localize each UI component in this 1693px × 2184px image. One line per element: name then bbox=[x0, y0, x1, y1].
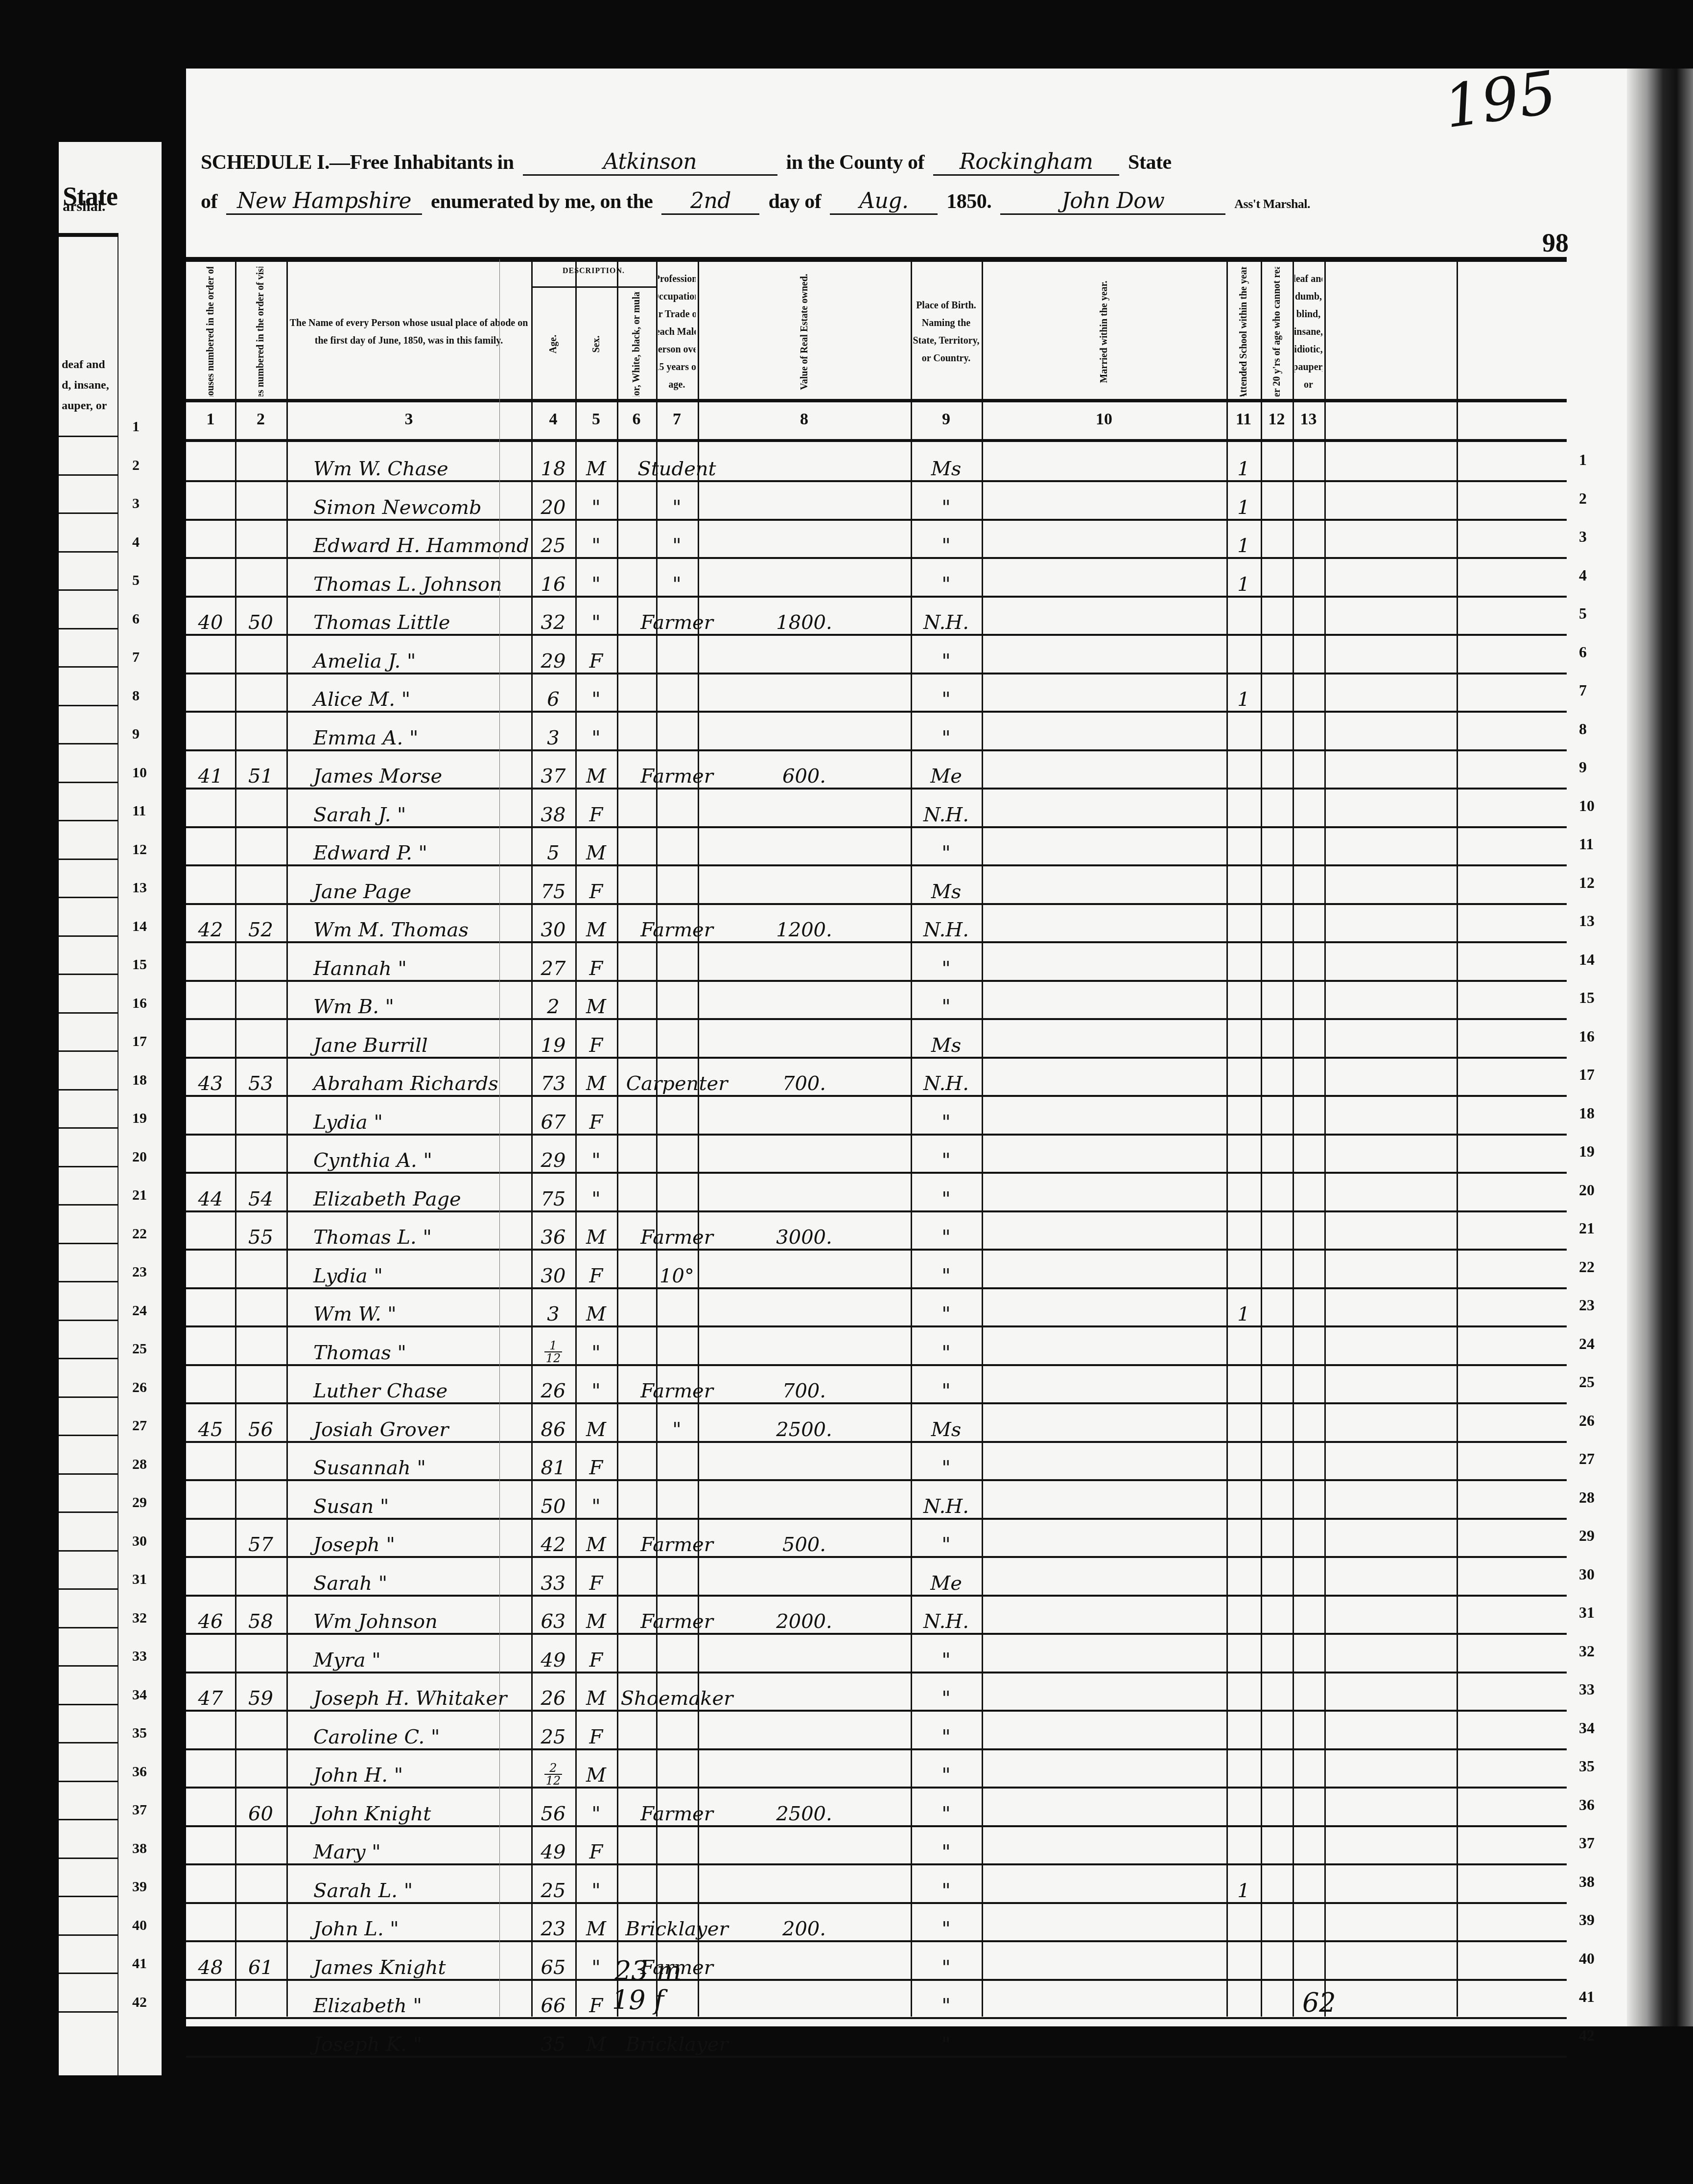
cell-real-estate bbox=[698, 1557, 911, 1597]
cell-occupation bbox=[656, 1633, 698, 1673]
prev-page-row-rule bbox=[59, 512, 118, 514]
cell-real-estate bbox=[698, 481, 911, 521]
cell-family bbox=[235, 1134, 286, 1174]
column-divider bbox=[1457, 259, 1458, 2017]
cell-married bbox=[982, 481, 1226, 521]
cell-family bbox=[235, 1095, 286, 1136]
cell-married bbox=[982, 1902, 1226, 1942]
cell-name: Jane Page bbox=[286, 865, 558, 905]
cell-married bbox=[982, 519, 1226, 559]
cell-family bbox=[235, 1249, 286, 1289]
cell-family bbox=[235, 1364, 286, 1404]
cell-sex: " bbox=[575, 1134, 617, 1174]
prev-page-column-13: deaf and d, insane, auper, or bbox=[59, 233, 118, 2077]
cell-condition bbox=[1293, 1480, 1324, 1520]
cell-illiterate bbox=[1261, 1095, 1293, 1136]
table-row: Sarah "33FMe30 bbox=[186, 1557, 1567, 1597]
cell-family bbox=[235, 865, 286, 905]
cell-family bbox=[235, 442, 286, 482]
cell-school bbox=[1226, 942, 1261, 982]
cell-real-estate: 1200. bbox=[698, 903, 911, 943]
prev-page-line-number: 11 bbox=[132, 803, 146, 819]
cell-illiterate bbox=[1261, 1249, 1293, 1289]
cell-condition bbox=[1293, 788, 1324, 828]
column-number-12: 12 bbox=[1261, 403, 1293, 436]
cell-family bbox=[235, 1710, 286, 1750]
cell-family: 51 bbox=[235, 749, 286, 790]
cell-real-estate bbox=[698, 1249, 911, 1289]
cell-age: 73 bbox=[531, 1057, 575, 1097]
cell-married bbox=[982, 1095, 1226, 1136]
cell-name: Josiah Grover bbox=[286, 1403, 558, 1443]
cell-married bbox=[982, 903, 1226, 943]
prev-page-line-number: 37 bbox=[132, 1802, 147, 1818]
cell-illiterate bbox=[1261, 1902, 1293, 1942]
table-row: Jane Page75FMs12 bbox=[186, 865, 1567, 905]
cell-condition bbox=[1293, 596, 1324, 636]
column-header-2: Families numbered in the order of visita… bbox=[237, 267, 284, 396]
cell-real-estate bbox=[698, 1287, 911, 1327]
cell-condition bbox=[1293, 519, 1324, 559]
line-number: 29 bbox=[1579, 1527, 1595, 1545]
table-row: Edward H. Hammond25"""13 bbox=[186, 519, 1567, 559]
cell-occupation bbox=[656, 788, 698, 828]
cell-illiterate bbox=[1261, 865, 1293, 905]
tally-female: 19 f bbox=[612, 1985, 664, 2016]
cell-age: 63 bbox=[531, 1595, 575, 1635]
cell-illiterate bbox=[1261, 481, 1293, 521]
prev-page-row-rule bbox=[59, 705, 118, 706]
cell-occupation: Farmer bbox=[656, 1364, 698, 1404]
line-number: 8 bbox=[1579, 720, 1587, 738]
cell-school bbox=[1226, 1057, 1261, 1097]
cell-married bbox=[982, 1480, 1226, 1520]
cell-dwelling bbox=[186, 1902, 235, 1942]
cell-condition bbox=[1293, 1134, 1324, 1174]
cell-age: 26 bbox=[531, 1672, 575, 1712]
cell-dwelling bbox=[186, 942, 235, 982]
cell-married bbox=[982, 1210, 1226, 1251]
prev-page-line-number: 42 bbox=[132, 1994, 147, 2011]
cell-condition bbox=[1293, 1210, 1324, 1251]
cell-sex: F bbox=[575, 788, 617, 828]
cell-school: 1 bbox=[1226, 673, 1261, 713]
line-number: 36 bbox=[1579, 1796, 1595, 1814]
cell-illiterate bbox=[1261, 1748, 1293, 1789]
table-row: Elizabeth "66F"41 bbox=[186, 1979, 1567, 2019]
prev-page-row-rule bbox=[59, 1665, 118, 1667]
cell-dwelling bbox=[186, 2018, 235, 2058]
cell-family bbox=[235, 1019, 286, 1059]
cell-sex: " bbox=[575, 481, 617, 521]
cell-age: 3 bbox=[531, 1287, 575, 1327]
cell-name: Simon Newcomb bbox=[286, 481, 558, 521]
cell-occupation bbox=[656, 980, 698, 1020]
prev-page-line-number: 20 bbox=[132, 1149, 147, 1165]
cell-birthplace: " bbox=[911, 2018, 982, 2058]
cell-sex: M bbox=[575, 1748, 617, 1789]
cell-dwelling bbox=[186, 1480, 235, 1520]
sheet-number: 98 bbox=[1542, 228, 1569, 258]
town-field: Atkinson bbox=[523, 149, 777, 176]
line-number: 31 bbox=[1579, 1603, 1595, 1622]
cell-age: 6 bbox=[531, 673, 575, 713]
prev-page-row-rule bbox=[59, 1627, 118, 1628]
cell-family bbox=[235, 481, 286, 521]
cell-school bbox=[1226, 1557, 1261, 1597]
cell-sex: M bbox=[575, 903, 617, 943]
cell-color bbox=[617, 826, 656, 866]
previous-page-fragment: State arshal. deaf and d, insane, auper,… bbox=[59, 142, 163, 2075]
cell-illiterate bbox=[1261, 1672, 1293, 1712]
cell-married bbox=[982, 1403, 1226, 1443]
cell-sex: F bbox=[575, 1557, 617, 1597]
cell-school: 1 bbox=[1226, 519, 1261, 559]
cell-occupation bbox=[656, 711, 698, 751]
table-row: 4556Josiah Grover86M"2500.Ms26 bbox=[186, 1403, 1567, 1443]
column-header-7: Profession, Occupation, or Trade of each… bbox=[658, 267, 696, 396]
cell-color bbox=[617, 1480, 656, 1520]
cell-family bbox=[235, 558, 286, 598]
cell-sex: " bbox=[575, 1172, 617, 1212]
cell-family bbox=[235, 980, 286, 1020]
cell-illiterate bbox=[1261, 980, 1293, 1020]
cell-illiterate bbox=[1261, 634, 1293, 674]
cell-real-estate: 1800. bbox=[698, 596, 911, 636]
cell-sex: F bbox=[575, 1825, 617, 1865]
column-number-6: 6 bbox=[617, 403, 656, 436]
prev-page-line-number: 4 bbox=[132, 534, 140, 551]
prev-page-line-number: 12 bbox=[132, 841, 147, 858]
cell-sex: " bbox=[575, 1864, 617, 1904]
cell-name: Caroline C. " bbox=[286, 1710, 558, 1750]
table-row: 4759Joseph H. Whitaker26MShoemaker"33 bbox=[186, 1672, 1567, 1712]
name-column-subdivider bbox=[499, 259, 500, 2017]
cell-color bbox=[617, 1326, 656, 1366]
cell-condition bbox=[1293, 1364, 1324, 1404]
table-row: Thomas L. Johnson16"""14 bbox=[186, 558, 1567, 598]
cell-condition bbox=[1293, 673, 1324, 713]
cell-condition bbox=[1293, 2018, 1324, 2058]
cell-color bbox=[617, 1019, 656, 1059]
cell-birthplace: " bbox=[911, 673, 982, 713]
column-number-9: 9 bbox=[911, 403, 982, 436]
table-row: 4658Wm Johnson63MFarmer2000.N.H.31 bbox=[186, 1595, 1567, 1635]
cell-married bbox=[982, 1864, 1226, 1904]
cell-name: Edward H. Hammond bbox=[286, 519, 558, 559]
cell-illiterate bbox=[1261, 826, 1293, 866]
cell-school bbox=[1226, 1748, 1261, 1789]
cell-dwelling: 41 bbox=[186, 749, 235, 790]
line-number: 15 bbox=[1579, 989, 1595, 1007]
line-number: 34 bbox=[1579, 1719, 1595, 1737]
cell-color bbox=[617, 1287, 656, 1327]
cell-color bbox=[617, 1710, 656, 1750]
cell-dwelling bbox=[186, 711, 235, 751]
cell-married bbox=[982, 865, 1226, 905]
cell-condition bbox=[1293, 1518, 1324, 1558]
prev-page-line-number: 29 bbox=[132, 1494, 147, 1511]
cell-illiterate bbox=[1261, 1441, 1293, 1481]
cell-occupation bbox=[656, 634, 698, 674]
cell-name: Mary " bbox=[286, 1825, 558, 1865]
prev-page-line-number: 33 bbox=[132, 1648, 147, 1665]
cell-occupation: " bbox=[656, 558, 698, 598]
cell-sex: F bbox=[575, 942, 617, 982]
prev-page-line-number: 9 bbox=[132, 726, 140, 743]
cell-married bbox=[982, 1057, 1226, 1097]
line-number: 33 bbox=[1579, 1680, 1595, 1698]
prev-page-line-number: 19 bbox=[132, 1110, 147, 1127]
prev-page-row-rule bbox=[59, 1396, 118, 1398]
line-number: 21 bbox=[1579, 1219, 1595, 1237]
cell-school bbox=[1226, 980, 1261, 1020]
cell-age: 29 bbox=[531, 1134, 575, 1174]
cell-married bbox=[982, 1249, 1226, 1289]
table-row: Simon Newcomb20"""12 bbox=[186, 481, 1567, 521]
cell-condition bbox=[1293, 1902, 1324, 1942]
cell-color bbox=[617, 1864, 656, 1904]
cell-real-estate bbox=[698, 1134, 911, 1174]
cell-birthplace: Ms bbox=[911, 1019, 982, 1059]
fraction-age: 112 bbox=[544, 1340, 562, 1364]
cell-dwelling bbox=[186, 519, 235, 559]
prev-page-header-marshal: arshal. bbox=[63, 198, 106, 215]
line-number: 14 bbox=[1579, 951, 1595, 969]
cell-school bbox=[1226, 826, 1261, 866]
prev-page-line-number: 25 bbox=[132, 1341, 147, 1357]
cell-age: 33 bbox=[531, 1557, 575, 1597]
cell-sex: " bbox=[575, 596, 617, 636]
cell-name: Wm W. Chase bbox=[286, 442, 558, 482]
line-number: 32 bbox=[1579, 1642, 1595, 1660]
cell-color bbox=[617, 1441, 656, 1481]
prev-page-line-number: 3 bbox=[132, 495, 140, 512]
cell-sex: F bbox=[575, 1441, 617, 1481]
prev-page-row-rule bbox=[59, 1435, 118, 1436]
line-number: 3 bbox=[1579, 528, 1587, 546]
column-divider bbox=[617, 259, 618, 2017]
cell-birthplace: Ms bbox=[911, 865, 982, 905]
cell-real-estate bbox=[698, 1633, 911, 1673]
line-number: 12 bbox=[1579, 874, 1595, 892]
cell-birthplace: " bbox=[911, 519, 982, 559]
cell-family: 50 bbox=[235, 596, 286, 636]
table-row: 4454Elizabeth Page75""20 bbox=[186, 1172, 1567, 1212]
cell-illiterate bbox=[1261, 1787, 1293, 1827]
cell-family: 61 bbox=[235, 1941, 286, 1981]
line-number: 6 bbox=[1579, 643, 1587, 661]
cell-dwelling bbox=[186, 634, 235, 674]
cell-illiterate bbox=[1261, 1595, 1293, 1635]
cell-age: 30 bbox=[531, 1249, 575, 1289]
cell-dwelling: 43 bbox=[186, 1057, 235, 1097]
prev-page-row-rule bbox=[59, 897, 118, 898]
cell-sex: M bbox=[575, 1672, 617, 1712]
prev-page-line-number: 28 bbox=[132, 1456, 147, 1473]
cell-color bbox=[617, 1249, 656, 1289]
line-number: 18 bbox=[1579, 1104, 1595, 1122]
cell-dwelling bbox=[186, 826, 235, 866]
cell-real-estate bbox=[698, 1441, 911, 1481]
cell-real-estate bbox=[698, 865, 911, 905]
cell-birthplace: N.H. bbox=[911, 903, 982, 943]
cell-occupation: Student bbox=[656, 442, 698, 482]
binding-shadow bbox=[1627, 69, 1693, 2026]
line-number: 2 bbox=[1579, 489, 1587, 508]
column-divider bbox=[656, 259, 658, 2017]
cell-real-estate: 3000. bbox=[698, 1210, 911, 1251]
line-number: 27 bbox=[1579, 1450, 1595, 1468]
line-number: 40 bbox=[1579, 1950, 1595, 1968]
cell-occupation bbox=[656, 942, 698, 982]
cell-dwelling bbox=[186, 1748, 235, 1789]
cell-school bbox=[1226, 1480, 1261, 1520]
cell-birthplace: N.H. bbox=[911, 596, 982, 636]
cell-occupation: Farmer bbox=[656, 1595, 698, 1635]
table-row: Hannah "27F"14 bbox=[186, 942, 1567, 982]
cell-dwelling: 45 bbox=[186, 1403, 235, 1443]
table-row: Myra "49F"32 bbox=[186, 1633, 1567, 1673]
prev-page-row-rule bbox=[59, 666, 118, 668]
cell-name: Wm W. " bbox=[286, 1287, 558, 1327]
cell-illiterate bbox=[1261, 1287, 1293, 1327]
cell-occupation bbox=[656, 1134, 698, 1174]
cell-name: Hannah " bbox=[286, 942, 558, 982]
cell-real-estate bbox=[698, 634, 911, 674]
cell-illiterate bbox=[1261, 1710, 1293, 1750]
cell-birthplace: " bbox=[911, 634, 982, 674]
cell-real-estate: 700. bbox=[698, 1364, 911, 1404]
cell-age: 19 bbox=[531, 1019, 575, 1059]
table-row: 4353Abraham Richards73MCarpenter700.N.H.… bbox=[186, 1057, 1567, 1097]
column-header-9: Place of Birth. Naming the State, Territ… bbox=[913, 267, 980, 396]
cell-family bbox=[235, 1825, 286, 1865]
cell-condition bbox=[1293, 1019, 1324, 1059]
cell-family bbox=[235, 1557, 286, 1597]
cell-condition bbox=[1293, 865, 1324, 905]
cell-dwelling bbox=[186, 1557, 235, 1597]
cell-age: 81 bbox=[531, 1441, 575, 1481]
cell-birthplace: Me bbox=[911, 749, 982, 790]
table-row: 60John Knight56"Farmer2500."36 bbox=[186, 1787, 1567, 1827]
column-divider bbox=[1324, 259, 1326, 2017]
cell-sex: " bbox=[575, 673, 617, 713]
line-number: 1 bbox=[1579, 451, 1587, 469]
cell-school bbox=[1226, 1787, 1261, 1827]
cell-name: Luther Chase bbox=[286, 1364, 558, 1404]
cell-age: 112 bbox=[531, 1326, 575, 1366]
cell-name: Elizabeth " bbox=[286, 1979, 558, 2019]
column-number-10: 10 bbox=[982, 403, 1226, 436]
enumerated-label: enumerated by me, on the bbox=[431, 190, 653, 213]
prev-page-line-number: 16 bbox=[132, 995, 147, 1012]
cell-family: 53 bbox=[235, 1057, 286, 1097]
cell-sex: F bbox=[575, 1095, 617, 1136]
cell-real-estate bbox=[698, 1864, 911, 1904]
cell-real-estate bbox=[698, 1941, 911, 1981]
cell-illiterate bbox=[1261, 1210, 1293, 1251]
table-row: Wm W. Chase18MStudentMs11 bbox=[186, 442, 1567, 482]
cell-real-estate bbox=[698, 1710, 911, 1750]
cell-occupation: 10° bbox=[656, 1249, 698, 1289]
schedule-label: SCHEDULE I.—Free Inhabitants in bbox=[201, 151, 514, 174]
description-group-label: DESCRIPTION. bbox=[531, 267, 656, 276]
cell-school bbox=[1226, 1172, 1261, 1212]
cell-name: Thomas L. " bbox=[286, 1210, 558, 1251]
cell-age: 26 bbox=[531, 1364, 575, 1404]
cell-illiterate bbox=[1261, 903, 1293, 943]
cell-real-estate bbox=[698, 1979, 911, 2019]
cell-name: Alice M. " bbox=[286, 673, 558, 713]
cell-birthplace: " bbox=[911, 1902, 982, 1942]
prev-page-row-rule bbox=[59, 1243, 118, 1244]
cell-name: Jane Burrill bbox=[286, 1019, 558, 1059]
cell-real-estate: 500. bbox=[698, 1518, 911, 1558]
column-header-3: The Name of every Person whose usual pla… bbox=[288, 267, 529, 396]
cell-occupation bbox=[656, 1864, 698, 1904]
cell-school bbox=[1226, 1019, 1261, 1059]
prev-page-row-rule bbox=[59, 743, 118, 744]
header-line-2: of New Hampshire enumerated by me, on th… bbox=[201, 188, 1310, 215]
cell-married bbox=[982, 596, 1226, 636]
cell-occupation bbox=[656, 865, 698, 905]
cell-illiterate bbox=[1261, 2018, 1293, 2058]
cell-dwelling bbox=[186, 788, 235, 828]
cell-occupation: " bbox=[656, 519, 698, 559]
column-number-4: 4 bbox=[531, 403, 575, 436]
prev-page-row-rule bbox=[59, 1934, 118, 1936]
cell-married bbox=[982, 1441, 1226, 1481]
cell-condition bbox=[1293, 1441, 1324, 1481]
cell-dwelling bbox=[186, 1825, 235, 1865]
cell-color bbox=[617, 519, 656, 559]
cell-real-estate bbox=[698, 980, 911, 1020]
prev-page-row-rule bbox=[59, 1742, 118, 1743]
cell-condition bbox=[1293, 1172, 1324, 1212]
line-number: 20 bbox=[1579, 1181, 1595, 1199]
cell-illiterate bbox=[1261, 1172, 1293, 1212]
column-divider bbox=[698, 259, 699, 2017]
line-number: 37 bbox=[1579, 1834, 1595, 1852]
column-header-11: Attended School within the year. bbox=[1228, 267, 1259, 396]
day-of-label: day of bbox=[768, 190, 821, 213]
cell-real-estate bbox=[698, 1672, 911, 1712]
marshal-label: Ass't Marshal. bbox=[1234, 197, 1310, 211]
cell-family bbox=[235, 1864, 286, 1904]
cell-married bbox=[982, 1979, 1226, 2019]
census-page: 195 SCHEDULE I.—Free Inhabitants in Atki… bbox=[186, 69, 1693, 2026]
county-field: Rockingham bbox=[933, 149, 1119, 176]
cell-age: 36 bbox=[531, 1210, 575, 1251]
column-divider bbox=[1261, 259, 1262, 2017]
cell-family bbox=[235, 1633, 286, 1673]
table-row: John H. "212M"35 bbox=[186, 1748, 1567, 1789]
cell-age: 49 bbox=[531, 1633, 575, 1673]
cell-dwelling bbox=[186, 1864, 235, 1904]
prev-page-row-rule bbox=[59, 859, 118, 860]
cell-occupation bbox=[656, 1287, 698, 1327]
cell-age: 2 bbox=[531, 980, 575, 1020]
table-row: Lydia "30F10°"22 bbox=[186, 1249, 1567, 1289]
cell-dwelling bbox=[186, 1518, 235, 1558]
cell-sex: M bbox=[575, 1057, 617, 1097]
cell-family bbox=[235, 634, 286, 674]
cell-occupation: Farmer bbox=[656, 1518, 698, 1558]
cell-dwelling bbox=[186, 481, 235, 521]
table-top-rule bbox=[186, 257, 1567, 262]
cell-condition bbox=[1293, 1864, 1324, 1904]
